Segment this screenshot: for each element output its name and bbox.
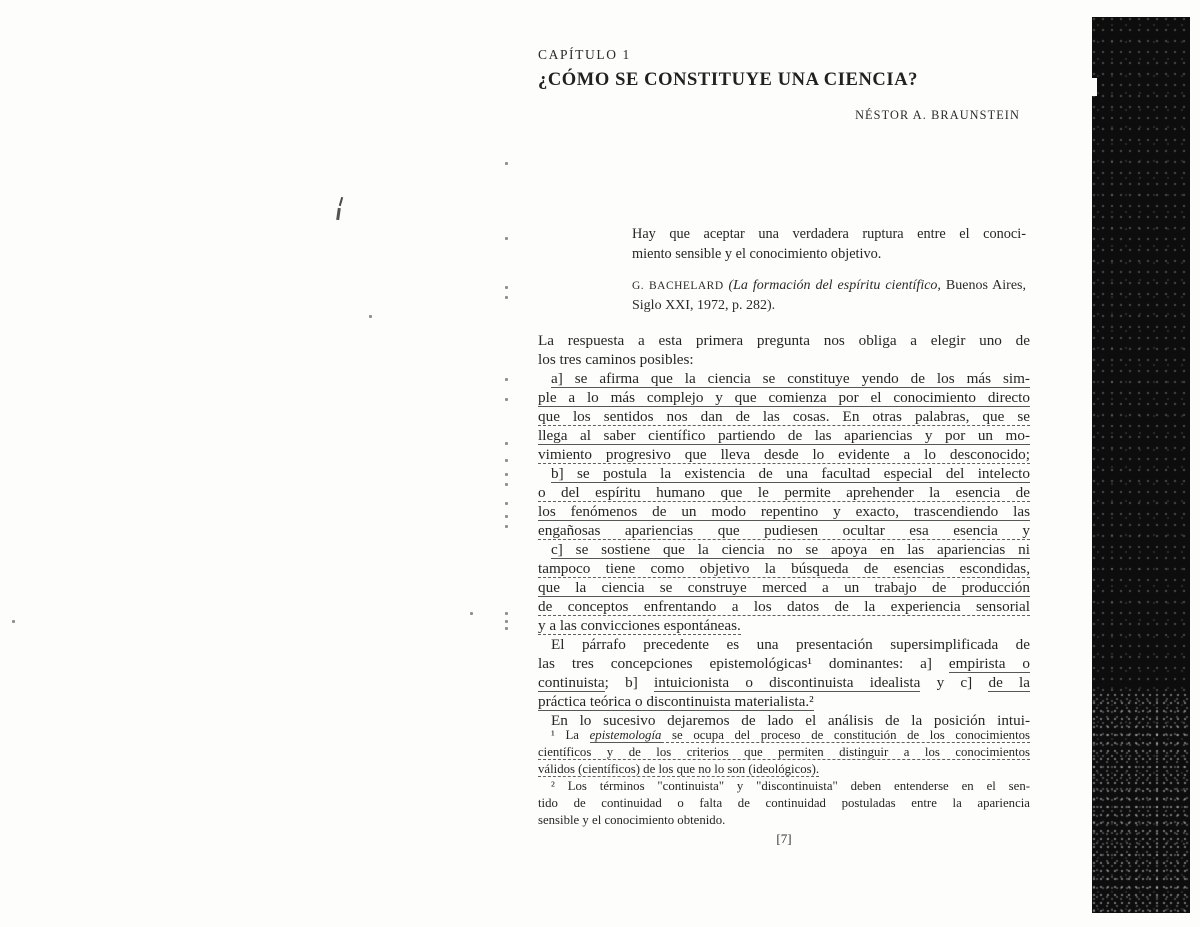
underlined-text: empirista o (949, 655, 1030, 673)
text-line: continuista; b] intuicionista o disconti… (538, 673, 1030, 692)
text-line: ² Los términos "continuista" y "disconti… (538, 778, 1030, 795)
text-line: y a las convicciones espontáneas. (538, 616, 1030, 635)
scan-speck (505, 442, 508, 445)
text-segment: miento sensible y el conocimiento objeti… (632, 246, 881, 262)
scan-speck (505, 502, 508, 505)
text-line: los fenómenos de un modo repentino y exa… (538, 502, 1030, 521)
scan-speck (505, 378, 508, 381)
scan-speck (505, 459, 508, 462)
underlined-text: llega al saber científico partiendo de l… (538, 427, 1030, 445)
text-line: b] se postula la existencia de una facul… (538, 464, 1030, 483)
text-line: las tres concepciones epistemológicas¹ d… (538, 654, 1030, 673)
text-line: llega al saber científico partiendo de l… (538, 426, 1030, 445)
underlined-text: c] se sostiene que la ciencia no se apoy… (551, 541, 1030, 559)
text-segment: La respuesta a esta primera pregunta nos… (538, 332, 1030, 349)
scan-speck (505, 296, 508, 299)
epigraph-attribution: G. BACHELARD (La formación del espíritu … (632, 276, 1026, 315)
underlined-text: que la ciencia se construye merced a un … (538, 579, 1030, 597)
text-line: tampoco tiene como objetivo la búsqueda … (538, 559, 1030, 578)
scan-speck (505, 525, 508, 528)
text-line: sensible y el conocimiento obtenido. (538, 812, 1030, 829)
text-segment: ² Los términos "continuista" y "disconti… (551, 779, 1030, 793)
text-line: La respuesta a esta primera pregunta nos… (538, 331, 1030, 350)
underlined-text: a] se afirma que la ciencia se constituy… (551, 370, 1030, 388)
text-line: científicos y de los criterios que permi… (538, 744, 1030, 761)
underlined-text: de la (988, 674, 1030, 692)
text-line: c] se sostiene que la ciencia no se apoy… (538, 540, 1030, 559)
underlined-text: epistemología (590, 728, 662, 743)
footnotes: ¹ La epistemología se ocupa del proceso … (538, 727, 1030, 829)
scan-speck (505, 620, 508, 623)
scan-speck (505, 473, 508, 476)
scan-dark-edge (1092, 17, 1190, 913)
pencil-mark (336, 208, 340, 220)
body-text: La respuesta a esta primera pregunta nos… (538, 331, 1030, 730)
text-line: los tres caminos posibles: (538, 350, 1030, 369)
scan-speck (505, 286, 508, 289)
text-segment: los tres caminos posibles: (538, 351, 694, 368)
text-line: a] se afirma que la ciencia se constituy… (538, 369, 1030, 388)
chapter-label: CAPÍTULO 1 (538, 47, 631, 63)
epigraph-quote: Hay que aceptar una verdadera ruptura en… (632, 224, 1026, 264)
underlined-text: engañosas apariencias que pudiesen ocult… (538, 522, 1030, 540)
pencil-mark (339, 197, 343, 206)
scan-speck (12, 620, 15, 623)
scan-edge-notch (1092, 78, 1097, 96)
underlined-text: los fenómenos de un modo repentino y exa… (538, 503, 1030, 521)
scan-speck (505, 398, 508, 401)
page-number: [7] (538, 831, 1030, 847)
text-segment: El párrafo precedente es una presentació… (551, 636, 1030, 653)
text-segment: ; b] (605, 674, 654, 691)
text-line: válidos (científicos) de los que no lo s… (538, 761, 1030, 778)
text-line: que los sentidos nos dan de las cosas. E… (538, 407, 1030, 426)
text-line: ¹ La epistemología se ocupa del proceso … (538, 727, 1030, 744)
text-line: El párrafo precedente es una presentació… (538, 635, 1030, 654)
scan-speck (505, 627, 508, 630)
scan-speck (505, 162, 508, 165)
underlined-text: práctica teórica o discontinuista materi… (538, 693, 814, 711)
underlined-text: ple a lo más complejo y que comienza por… (538, 389, 1030, 407)
scan-speck (369, 315, 372, 318)
text-line: o del espíritu humano que le permite apr… (538, 483, 1030, 502)
text-line: que la ciencia se construye merced a un … (538, 578, 1030, 597)
scan-speck (505, 483, 508, 486)
scan-speck (505, 237, 508, 240)
underlined-text: que los sentidos nos dan de las cosas. E… (538, 408, 1030, 426)
underlined-text: de conceptos enfrentando a los datos de … (538, 598, 1030, 616)
author-name: NÉSTOR A. BRAUNSTEIN (855, 108, 1020, 123)
text-line: vimiento progresivo que lleva desde lo e… (538, 445, 1030, 464)
underlined-text: y a las convicciones espontáneas. (538, 617, 741, 635)
scan-dark-edge-noise (1092, 693, 1190, 913)
underlined-text: continuista (538, 674, 605, 692)
underlined-text: científicos y de los criterios que permi… (538, 745, 1030, 760)
text-segment: Hay que aceptar una verdadera ruptura en… (632, 226, 1026, 242)
text-line: práctica teórica o discontinuista materi… (538, 692, 1030, 711)
underlined-text: tampoco tiene como objetivo la búsqueda … (538, 560, 1030, 578)
scan-speck (470, 612, 473, 615)
text-line: engañosas apariencias que pudiesen ocult… (538, 521, 1030, 540)
underlined-text: se ocupa del proceso de constitución de … (661, 728, 1030, 743)
text-segment: las tres concepciones epistemológicas¹ d… (538, 655, 949, 672)
text-line: de conceptos enfrentando a los datos de … (538, 597, 1030, 616)
scan-speck (505, 612, 508, 615)
text-segment: sensible y el conocimiento obtenido. (538, 813, 725, 827)
text-segment: y c] (920, 674, 988, 691)
text-segment: (La formación del espíritu científico, (728, 278, 940, 293)
underlined-text: b] se postula la existencia de una facul… (551, 465, 1030, 483)
text-line: ple a lo más complejo y que comienza por… (538, 388, 1030, 407)
underlined-text: intuicionista o discontinuista idealista (654, 674, 920, 692)
text-segment: tido de continuidad o falta de continuid… (538, 796, 1030, 810)
underlined-text: válidos (científicos) de los que no lo s… (538, 762, 819, 777)
underlined-text: o del espíritu humano que le permite apr… (538, 484, 1030, 502)
scanned-book-page: CAPÍTULO 1 ¿CÓMO SE CONSTITUYE UNA CIENC… (0, 0, 1200, 927)
text-segment: G. BACHELARD (632, 280, 728, 292)
underlined-text: vimiento progresivo que lleva desde lo e… (538, 446, 1030, 464)
text-line: tido de continuidad o falta de continuid… (538, 795, 1030, 812)
text-line: Hay que aceptar una verdadera ruptura en… (632, 224, 1026, 244)
page-title: ¿CÓMO SE CONSTITUYE UNA CIENCIA? (538, 70, 1030, 91)
text-line: miento sensible y el conocimiento objeti… (632, 244, 1026, 264)
text-segment: ¹ La (551, 728, 590, 742)
scan-speck (505, 515, 508, 518)
